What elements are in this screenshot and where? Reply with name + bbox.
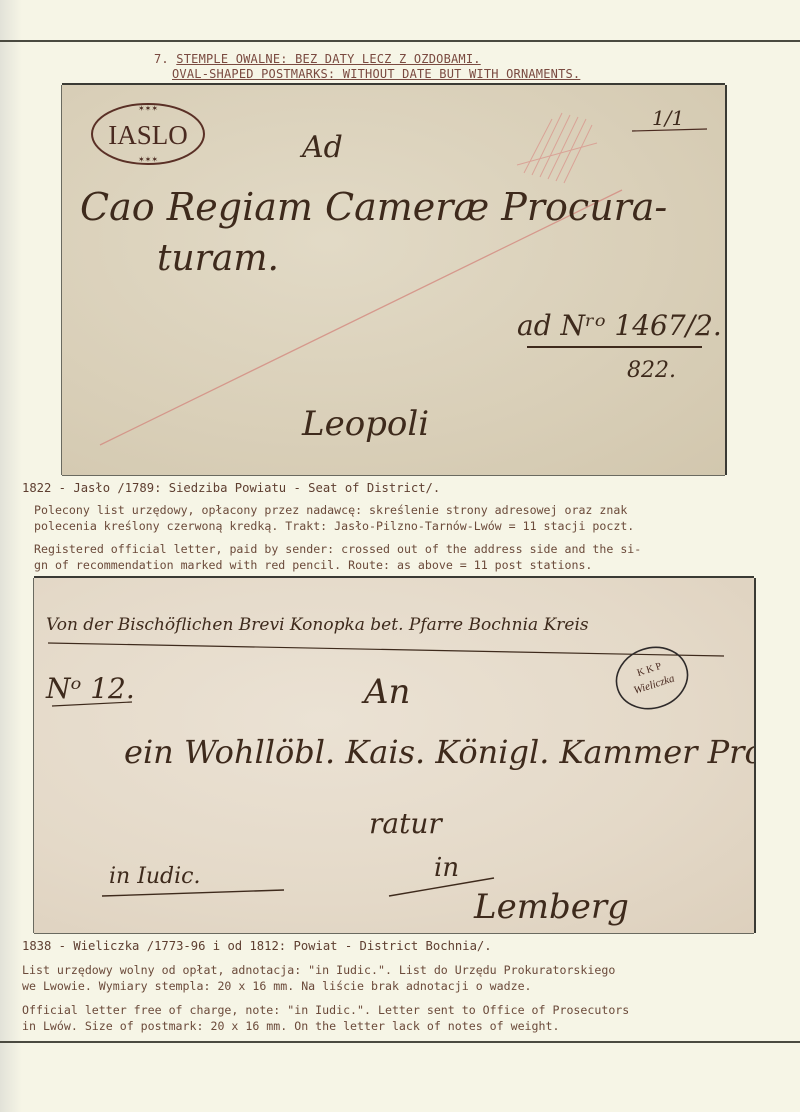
envelope-jaslo-art: ✶✶✶ IASLO ✶✶✶ Ad Cao Regiam Cameræ Procu… — [62, 85, 725, 475]
page-heading: 7. STEMPLE OWALNE: BEZ DATY LECZ Z OZDOB… — [154, 52, 580, 82]
svg-text:822.: 822. — [627, 358, 676, 383]
svg-text:in: in — [434, 853, 459, 883]
caption-2-en-line2: in Lwów. Size of postmark: 20 x 16 mm. O… — [22, 1018, 559, 1034]
svg-text:ein Wohllöbl. Kais. Königl. Ka: ein Wohllöbl. Kais. Königl. Kammer Proku… — [124, 733, 754, 771]
svg-text:ad Nʳᵒ 1467/2.: ad Nʳᵒ 1467/2. — [517, 309, 722, 342]
envelope-jaslo: ✶✶✶ IASLO ✶✶✶ Ad Cao Regiam Cameræ Procu… — [62, 85, 725, 475]
caption-1-title: 1822 - Jasło /1789: Siedziba Powiatu - S… — [22, 480, 440, 496]
svg-text:Nᵒ 12.: Nᵒ 12. — [45, 672, 135, 705]
heading-title-en: OVAL-SHAPED POSTMARKS: WITHOUT DATE BUT … — [154, 67, 580, 82]
postmark-wieliczka: K K P Wieliczka — [608, 638, 695, 717]
svg-text:turam.: turam. — [157, 238, 279, 279]
svg-text:✶✶✶: ✶✶✶ — [138, 155, 158, 164]
caption-2-pl-line2: we Lwowie. Wymiary stempla: 20 x 16 mm. … — [22, 978, 532, 994]
svg-text:An: An — [361, 672, 410, 712]
caption-1-en-line2: gn of recommendation marked with red pen… — [34, 557, 592, 573]
heading-number: 7. — [154, 52, 169, 66]
envelope-wieliczka: Von der Bischöflichen Brevi Konopka bet.… — [34, 578, 754, 933]
svg-text:✶✶✶: ✶✶✶ — [138, 104, 158, 113]
envelope-wieliczka-art: Von der Bischöflichen Brevi Konopka bet.… — [34, 578, 754, 933]
caption-2-title: 1838 - Wieliczka /1773-96 i od 1812: Pow… — [22, 938, 492, 954]
svg-text:Lemberg: Lemberg — [473, 887, 629, 927]
svg-text:in Iudic.: in Iudic. — [109, 864, 201, 889]
caption-2-en-line1: Official letter free of charge, note: "i… — [22, 1002, 629, 1018]
caption-1-pl-line1: Polecony list urzędowy, opłacony przez n… — [34, 502, 627, 518]
svg-text:IASLO: IASLO — [108, 120, 188, 150]
svg-text:Von der Bischöflichen Brevi Ko: Von der Bischöflichen Brevi Konopka bet.… — [46, 615, 589, 635]
svg-text:Leopoli: Leopoli — [301, 404, 429, 444]
heading-title-pl: STEMPLE OWALNE: BEZ DATY LECZ Z OZDOBAMI… — [176, 52, 480, 66]
postmark-iaslo: ✶✶✶ IASLO ✶✶✶ — [92, 104, 204, 164]
caption-2-pl-line1: List urzędowy wolny od opłat, adnotacja:… — [22, 962, 615, 978]
svg-text:1/1: 1/1 — [652, 106, 684, 130]
page-edge-shadow — [0, 0, 22, 1112]
caption-1-en-line1: Registered official letter, paid by send… — [34, 541, 641, 557]
caption-1-pl-line2: polecenia kreślony czerwoną kredką. Trak… — [34, 518, 634, 534]
top-rule — [0, 40, 800, 42]
svg-text:Cao Regiam Cameræ Procura-: Cao Regiam Cameræ Procura- — [80, 185, 667, 229]
bottom-rule — [0, 1041, 800, 1043]
svg-text:Ad: Ad — [299, 130, 343, 165]
svg-text:ratur: ratur — [369, 807, 443, 840]
